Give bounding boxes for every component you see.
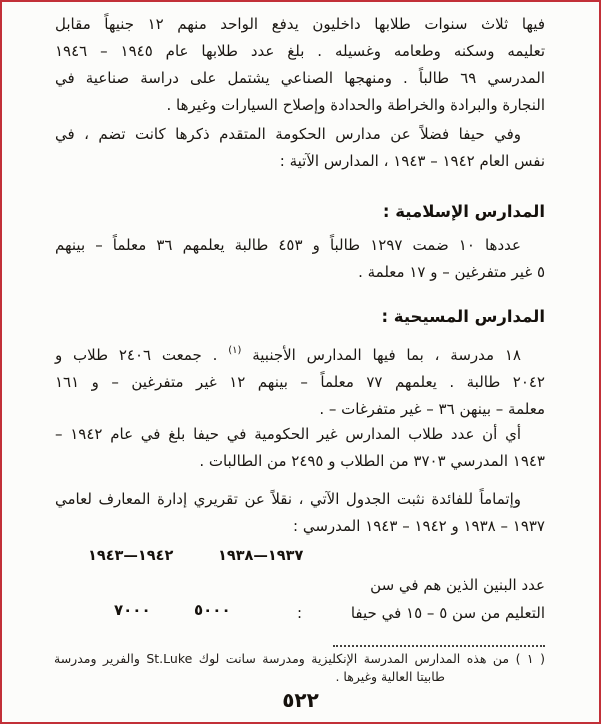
text-line: عددها ١٠ ضمت ١٢٩٧ طالباً و ٤٥٣ طالبة يعل…: [55, 232, 545, 259]
paragraph-christian-schools-stats: ١٨ مدرسة ، بما فيها المدارس الأجنبية (١)…: [55, 337, 545, 423]
footnote-marker: (١): [228, 345, 241, 356]
table-column-header-1942-1943: ١٩٤٢—١٩٤٣: [88, 548, 173, 564]
text-line: وفي حيفا فضلاً عن مدارس الحكومة المتقدم …: [55, 121, 545, 148]
footnote-line2: طابيتا العالية وغيرها .: [335, 668, 445, 686]
text-line: النجارة والبرادة والخراطة والحدادة وإصلا…: [55, 92, 545, 119]
table-row-label-line2: التعليم من سن ٥ – ١٥ في حيفا: [351, 600, 545, 627]
text-line: المدرسي ٦٩ طالباً . ومنهجها الصناعي يشتم…: [55, 65, 545, 92]
heading-islamic-schools: المدارس الإسلامية :: [55, 199, 545, 225]
text-line: ٢٠٤٢ طالبة . يعلمهم ٧٧ معلماً – بينهم ١٢…: [55, 369, 545, 396]
table-column-header-1937-1938: ١٩٣٧—١٩٣٨: [218, 548, 303, 564]
paragraph-islamic-schools-stats: عددها ١٠ ضمت ١٢٩٧ طالباً و ٤٥٣ طالبة يعل…: [55, 232, 545, 286]
text-line: تعليمه وسكنه وطعامه وغسيله . بلغ عدد طلا…: [55, 38, 545, 65]
text-line: وإتماماً للفائدة نثبت الجدول الآتي ، نقل…: [55, 486, 545, 513]
paragraph-table-intro: وإتماماً للفائدة نثبت الجدول الآتي ، نقل…: [55, 486, 545, 540]
heading-christian-schools: المدارس المسيحية :: [55, 304, 545, 330]
text-line: نفس العام ١٩٤٢ – ١٩٤٣ ، المدارس الآتية :: [55, 148, 545, 175]
table-value-1937-1938: ٥٠٠٠: [194, 601, 231, 619]
footnote-line1: ( ١ ) من هذه المدارس المدرسة الإنكليزية …: [54, 650, 545, 668]
table-row-label-line1: عدد البنين الذين هم في سن: [370, 572, 545, 599]
text-line: ١٨ مدرسة ، بما فيها المدارس الأجنبية (١)…: [55, 337, 545, 369]
text-line: ٥ غير متفرغين – و ١٧ معلمة .: [55, 259, 545, 286]
text-line: معلمة – بينهن ٣٦ – غير متفرغات – .: [55, 396, 545, 423]
table-value-1942-1943: ٧٠٠٠: [114, 601, 151, 619]
book-page-scan: فيها ثلاث سنوات طلابها داخليون يدفع الوا…: [0, 0, 601, 724]
text-line: فيها ثلاث سنوات طلابها داخليون يدفع الوا…: [55, 11, 545, 38]
paragraph-totals: أي أن عدد طلاب المدارس غير الحكومية في ح…: [55, 421, 545, 475]
text-line: ١٩٣٧ – ١٩٣٨ و ١٩٤٢ – ١٩٤٣ المدرسي :: [55, 513, 545, 540]
text-segment: . جمعت ٢٤٠٦ طلاب و: [55, 346, 217, 364]
table-row-colon: :: [297, 600, 302, 627]
text-line: أي أن عدد طلاب المدارس غير الحكومية في ح…: [55, 421, 545, 448]
footnote-separator-rule: [333, 645, 545, 647]
text-segment: ١٨ مدرسة ، بما فيها المدارس الأجنبية: [252, 346, 521, 364]
paragraph-haifa-intro: وفي حيفا فضلاً عن مدارس الحكومة المتقدم …: [55, 121, 545, 175]
paragraph-industrial-school: فيها ثلاث سنوات طلابها داخليون يدفع الوا…: [55, 11, 545, 119]
page-number: ٥٢٢: [2, 688, 599, 712]
text-line: ١٩٤٣ المدرسي ٣٧٠٣ من الطلاب و ٢٤٩٥ من ال…: [55, 448, 545, 475]
